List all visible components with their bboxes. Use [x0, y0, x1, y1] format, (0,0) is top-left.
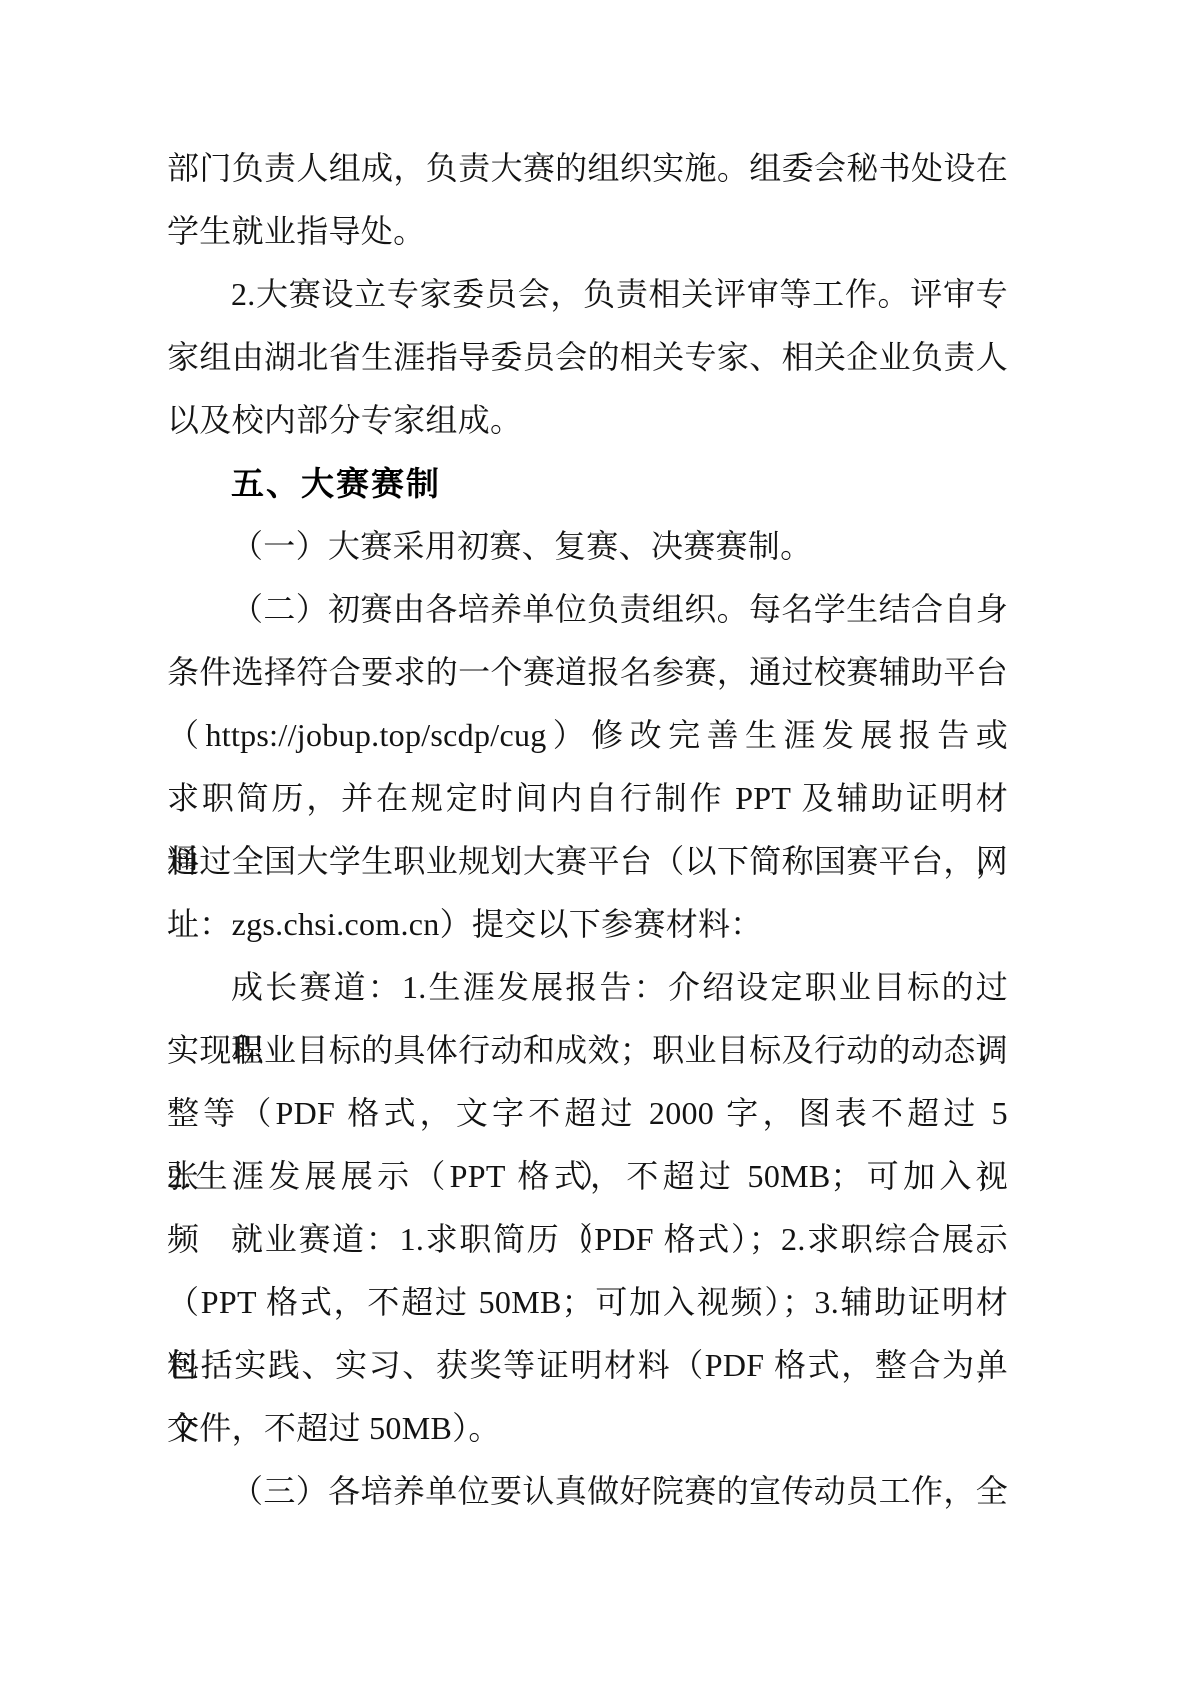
text-line: 部门负责人组成，负责大赛的组织实施。组委会秘书处设在: [167, 137, 1008, 200]
text-line: （https://jobup.top/scdp/cug）修改完善生涯发展报告或: [167, 704, 1008, 767]
text-line: 以及校内部分专家组成。: [167, 389, 1008, 452]
text-line: 整等（PDF 格式，文字不超过 2000 字，图表不超过 5 张）；: [167, 1082, 1008, 1145]
text-line: 通过全国大学生职业规划大赛平台（以下简称国赛平台，网: [167, 830, 1008, 893]
text-line: 就业赛道：1.求职简历（PDF 格式）；2.求职综合展示: [167, 1208, 1008, 1271]
text-line: （三）各培养单位要认真做好院赛的宣传动员工作，全: [167, 1460, 1008, 1523]
text-line: 包括实践、实习、获奖等证明材料（PDF 格式，整合为单个: [167, 1334, 1008, 1397]
document-page: 部门负责人组成，负责大赛的组织实施。组委会秘书处设在 学生就业指导处。 2.大赛…: [0, 0, 1190, 1683]
text-line: 文件，不超过 50MB）。: [167, 1397, 1008, 1460]
text-line: 成长赛道：1.生涯发展报告：介绍设定职业目标的过程；: [167, 956, 1008, 1019]
text-line: （二）初赛由各培养单位负责组织。每名学生结合自身: [167, 578, 1008, 641]
text-line: 家组由湖北省生涯指导委员会的相关专家、相关企业负责人: [167, 326, 1008, 389]
text-line: 求职简历，并在规定时间内自行制作 PPT 及辅助证明材料，: [167, 767, 1008, 830]
section-heading: 五、大赛赛制: [167, 452, 1008, 515]
text-line: 学生就业指导处。: [167, 200, 1008, 263]
text-line: 2.生涯发展展示（PPT 格式，不超过 50MB；可加入视频）。: [167, 1145, 1008, 1208]
text-block: 部门负责人组成，负责大赛的组织实施。组委会秘书处设在 学生就业指导处。 2.大赛…: [167, 137, 1008, 1523]
text-line: 2.大赛设立专家委员会，负责相关评审等工作。评审专: [167, 263, 1008, 326]
text-line: 实现职业目标的具体行动和成效；职业目标及行动的动态调: [167, 1019, 1008, 1082]
text-line: （PPT 格式，不超过 50MB；可加入视频）；3.辅助证明材料，: [167, 1271, 1008, 1334]
text-line: （一）大赛采用初赛、复赛、决赛赛制。: [167, 515, 1008, 578]
text-line: 条件选择符合要求的一个赛道报名参赛，通过校赛辅助平台: [167, 641, 1008, 704]
text-line: 址：zgs.chsi.com.cn）提交以下参赛材料：: [167, 893, 1008, 956]
